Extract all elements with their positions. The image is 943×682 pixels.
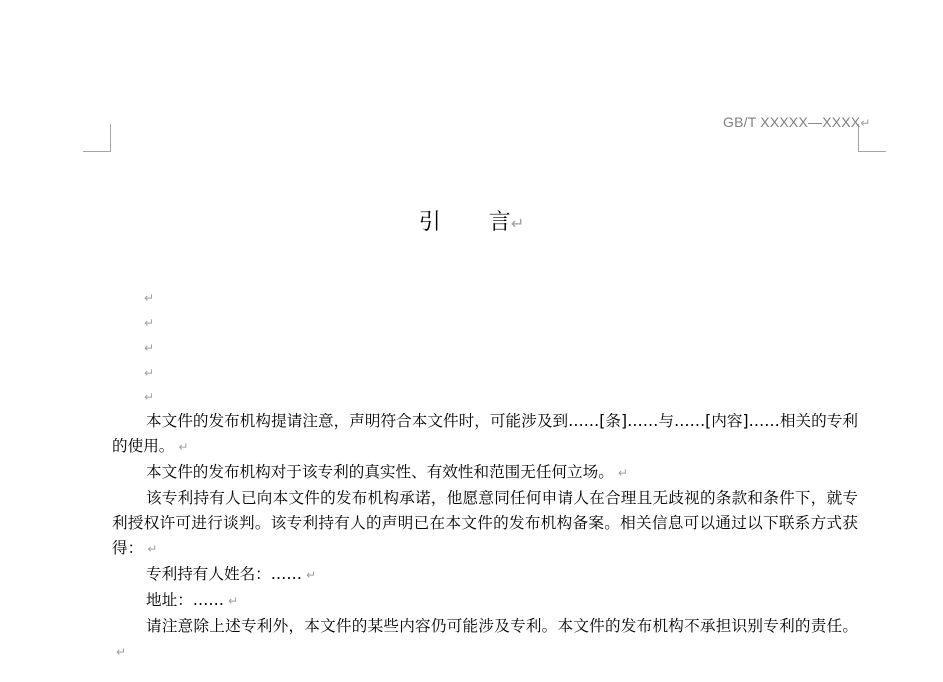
title-char-1: 引 (419, 210, 441, 235)
paragraph-mark-icon: ↵ (306, 568, 316, 582)
paragraph-holder-name[interactable]: 专利持有人姓名：……↵ (112, 562, 858, 588)
section-title[interactable]: 引言↵ (0, 205, 943, 236)
document-body[interactable]: 本文件的发布机构提请注意，声明符合本文件时，可能涉及到……[条]……与……[内容… (112, 409, 858, 665)
empty-paragraph-mark-icon[interactable]: ↵ (144, 341, 154, 355)
paragraph-mark-icon: ↵ (116, 645, 126, 659)
paragraph-address[interactable]: 地址：……↵ (112, 588, 858, 614)
paragraph-mark-icon: ↵ (511, 214, 524, 233)
standard-code-header[interactable]: GB/T XXXXX—XXXX↵ (723, 114, 871, 130)
paragraph-holder-commitment[interactable]: 该专利持有人已向本文件的发布机构承诺，他愿意同任何申请人在合理且无歧视的条款和条… (112, 486, 858, 562)
standard-code-text: GB/T XXXXX—XXXX (723, 114, 860, 130)
title-char-2: 言 (489, 210, 511, 235)
paragraph-other-patents[interactable]: 请注意除上述专利外，本文件的某些内容仍可能涉及专利。本文件的发布机构不承担识别专… (112, 614, 858, 665)
paragraph-mark-icon: ↵ (178, 440, 188, 454)
paragraph-mark-icon: ↵ (147, 542, 157, 556)
paragraph-mark-icon: ↵ (618, 466, 628, 480)
paragraph-no-position[interactable]: 本文件的发布机构对于该专利的真实性、有效性和范围无任何立场。↵ (112, 460, 858, 486)
empty-paragraph-mark-icon[interactable]: ↵ (144, 366, 154, 380)
paragraph-mark-icon: ↵ (860, 116, 870, 130)
empty-paragraph-mark-icon[interactable]: ↵ (144, 390, 154, 404)
document-page[interactable]: GB/T XXXXX—XXXX↵ 引言↵ ↵ ↵ ↵ ↵ ↵ 本文件的发布机构提… (0, 0, 943, 682)
empty-paragraph-mark-icon[interactable]: ↵ (144, 316, 154, 330)
paragraph-mark-icon: ↵ (228, 594, 238, 608)
empty-paragraph-mark-icon[interactable]: ↵ (144, 291, 154, 305)
margin-corner-top-left (83, 124, 111, 152)
paragraph-patent-notice[interactable]: 本文件的发布机构提请注意，声明符合本文件时，可能涉及到……[条]……与……[内容… (112, 409, 858, 460)
